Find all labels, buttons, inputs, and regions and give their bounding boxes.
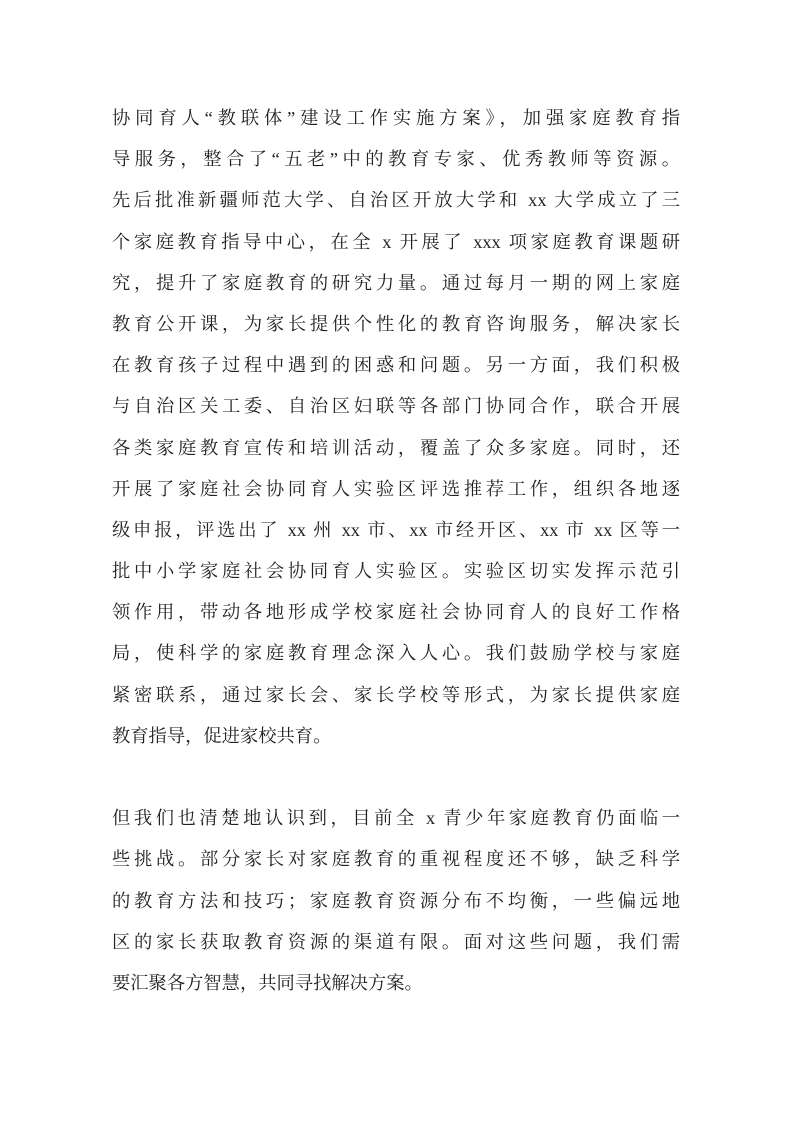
text-line: 的教育方法和技巧；家庭教育资源分布不均衡，一些偏远地 bbox=[112, 881, 680, 922]
text-line: 批中小学家庭社会协同育人实验区。实验区切实发挥示范引 bbox=[112, 551, 680, 592]
text-line: 个家庭教育指导中心，在全 x 开展了 xxx 项家庭教育课题研 bbox=[112, 222, 680, 263]
text-line: 紧密联系，通过家长会、家长学校等形式，为家长提供家庭 bbox=[112, 675, 680, 716]
text-line: 协同育人“教联体”建设工作实施方案》，加强家庭教育指 bbox=[112, 98, 680, 139]
paragraph-2: 但我们也清楚地认识到，目前全 x 青少年家庭教育仍面临一些挑战。部分家长对家庭教… bbox=[112, 798, 680, 1004]
document-page: 协同育人“教联体”建设工作实施方案》，加强家庭教育指导服务，整合了“五老”中的教… bbox=[0, 0, 793, 1122]
text-line: 开展了家庭社会协同育人实验区评选推荐工作，组织各地逐 bbox=[112, 469, 680, 510]
text-line: 各类家庭教育宣传和培训活动，覆盖了众多家庭。同时，还 bbox=[112, 428, 680, 469]
text-line: 导服务，整合了“五老”中的教育专家、优秀教师等资源。 bbox=[112, 139, 680, 180]
text-line: 领作用，带动各地形成学校家庭社会协同育人的良好工作格 bbox=[112, 592, 680, 633]
text-line: 究，提升了家庭教育的研究力量。通过每月一期的网上家庭 bbox=[112, 263, 680, 304]
empty-line-spacer bbox=[112, 757, 680, 798]
text-line: 些挑战。部分家长对家庭教育的重视程度还不够，缺乏科学 bbox=[112, 839, 680, 880]
text-line: 教育公开课，为家长提供个性化的教育咨询服务，解决家长 bbox=[112, 304, 680, 345]
text-line: 与自治区关工委、自治区妇联等各部门协同合作，联合开展 bbox=[112, 386, 680, 427]
text-line: 级申报，评选出了 xx 州 xx 市、xx 市经开区、xx 市 xx 区等一 bbox=[112, 510, 680, 551]
text-line: 但我们也清楚地认识到，目前全 x 青少年家庭教育仍面临一 bbox=[112, 798, 680, 839]
text-line: 先后批准新疆师范大学、自治区开放大学和 xx 大学成立了三 bbox=[112, 180, 680, 221]
paragraph-1: 协同育人“教联体”建设工作实施方案》，加强家庭教育指导服务，整合了“五老”中的教… bbox=[112, 98, 680, 757]
text-line: 教育指导，促进家校共育。 bbox=[112, 716, 680, 757]
text-line: 要汇聚各方智慧，共同寻找解决方案。 bbox=[112, 963, 680, 1004]
text-line: 区的家长获取教育资源的渠道有限。面对这些问题，我们需 bbox=[112, 922, 680, 963]
page-text-content: 协同育人“教联体”建设工作实施方案》，加强家庭教育指导服务，整合了“五老”中的教… bbox=[112, 98, 680, 1004]
text-line: 在教育孩子过程中遇到的困惑和问题。另一方面，我们积极 bbox=[112, 345, 680, 386]
text-line: 局，使科学的家庭教育理念深入人心。我们鼓励学校与家庭 bbox=[112, 633, 680, 674]
